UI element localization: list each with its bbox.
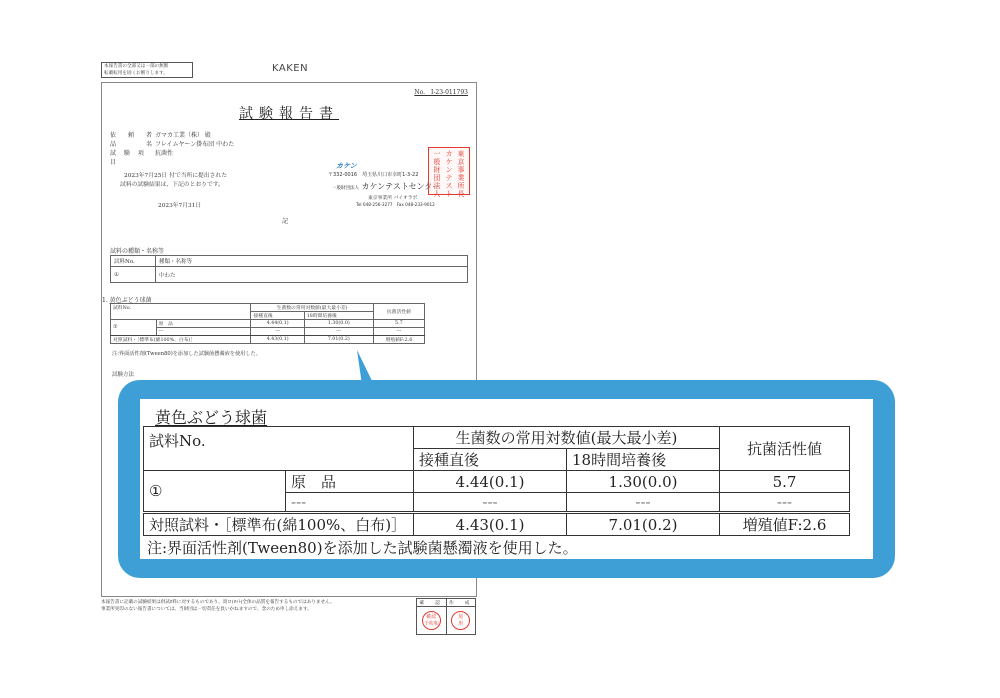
field-label: 品 名 <box>110 140 155 149</box>
seal-char: カ <box>446 150 453 158</box>
section-number: 1. <box>102 297 108 304</box>
table-cell: 中わた <box>156 267 468 283</box>
seal-char: 団 <box>434 174 441 182</box>
zoom-organism-heading: 黄色ぶどう球菌 <box>155 405 267 428</box>
header-cell: 18時間培養後 <box>304 312 373 320</box>
cell-after-18h: --- <box>567 493 720 513</box>
header-after-18h: 18時間培養後 <box>567 449 720 471</box>
table-cell: 5.7 <box>373 320 424 328</box>
approval-stamps: 確 認 作 成 確認 千吹和 尾 形 <box>416 598 476 635</box>
header-cell: 抗菌活性値 <box>373 304 424 320</box>
callout-content: 黄色ぶどう球菌 試料No. 生菌数の常用対数値(最大最小差) 抗菌活性値 接種直… <box>140 399 873 559</box>
callout-zoom-panel: 黄色ぶどう球菌 試料No. 生菌数の常用対数値(最大最小差) 抗菌活性値 接種直… <box>118 380 895 578</box>
header-immediately: 接種直後 <box>414 449 567 471</box>
lab-name-prefix: 一般財団法人 <box>332 186 359 191</box>
seal-char: 人 <box>434 190 441 198</box>
intro-line: 2023年7月25日 付で当所に提出された <box>124 172 227 181</box>
approval-header: 作 成 <box>446 599 476 607</box>
lab-logo: カケン <box>336 161 357 171</box>
table-row: ① 原 品 4.44(0.1) 1.30(0.0) 5.7 <box>144 471 850 493</box>
seal-char: ス <box>446 182 453 190</box>
seal-char: 長 <box>458 190 465 198</box>
header-cell: 試料No. <box>111 304 251 320</box>
table-cell: ① <box>111 320 157 336</box>
seal-char: 般 <box>434 158 441 166</box>
cell-control-label: 対照試料・［標準布(綿100%、白布)］ <box>144 513 414 536</box>
field-test-item: 試 験 項 目 抗菌性 <box>110 149 234 167</box>
notice-line: 転載転用を固くお断りします。 <box>104 71 190 78</box>
reproduction-notice: 本報告書の全部又は一部の無断 転載転用を固くお断りします。 <box>101 62 193 78</box>
seal-char: ト <box>446 190 453 198</box>
cell-sub: 原 品 <box>286 471 414 493</box>
header-cell: 種類・名称等 <box>156 256 468 267</box>
header-sample-no: 試料No. <box>144 427 414 471</box>
table-header-row: 試料No. 生菌数の常用対数値(最大最小差) 抗菌活性値 <box>111 304 425 312</box>
author-stamp-icon: 尾 形 <box>451 611 470 630</box>
intro-text: 2023年7月25日 付で当所に提出された 試料の試験結果は、下記のとおりです。 <box>124 172 227 190</box>
intro-line: 試料の試験結果は、下記のとおりです。 <box>120 181 227 190</box>
field-value: ガマカ工業（株） 殿 <box>155 131 211 140</box>
header-cell: 生菌数の常用対数値(最大最小差) <box>251 304 373 312</box>
cell-immediately: --- <box>414 493 567 513</box>
table-cell: --- <box>373 328 424 336</box>
seal-char: 業 <box>458 174 465 182</box>
table-cell: 7.01(0.2) <box>304 335 373 343</box>
lab-office: 東京事業所 バイオラボ <box>368 194 417 201</box>
table-header-row: 試料No. 生菌数の常用対数値(最大最小差) 抗菌活性値 <box>144 427 850 449</box>
confirm-stamp-cell: 確認 千吹和 <box>417 607 447 635</box>
cell-after-18h: 7.01(0.2) <box>567 513 720 536</box>
approval-header: 確 認 <box>417 599 447 607</box>
field-label: 依 頼 者 <box>110 131 155 140</box>
table-cell: 4.44(0.1) <box>251 320 304 328</box>
seal-char: ケ <box>446 158 453 166</box>
table-cell: --- <box>304 328 373 336</box>
report-number: No. I-23-011793 <box>414 87 468 96</box>
sample-table: 試料No. 種類・名称等 ① 中わた <box>110 255 468 283</box>
stamp-text: 千吹和 <box>424 621 439 627</box>
table-cell: 4.43(0.1) <box>251 335 304 343</box>
table-cell: 1.30(0.0) <box>304 320 373 328</box>
footer-line: 事業所実印のない報告書については、当財団は一切責任を負いかねますので、念のため申… <box>101 606 335 613</box>
stamp-text: 尾 <box>458 614 463 620</box>
header-activity: 抗菌活性値 <box>720 427 850 471</box>
field-label: 試 験 項 目 <box>110 149 155 167</box>
results-note-small: 注:界面活性剤(Tween80)を添加した試験菌懸濁液を使用した。 <box>112 350 261 357</box>
table-header-row: 試料No. 種類・名称等 <box>111 256 468 267</box>
seal-char: 財 <box>434 166 441 174</box>
test-method-heading: 試験方法 <box>112 370 134 378</box>
field-value: 抗菌性 <box>155 149 173 167</box>
issue-date: 2023年7月31日 <box>158 200 201 209</box>
seal-char: 所 <box>458 182 465 190</box>
lab-name: 一般財団法人 カケンテストセンター <box>332 181 440 192</box>
stamp-text: 確認 <box>426 614 436 620</box>
results-table-small: 試料No. 生菌数の常用対数値(最大最小差) 抗菌活性値 接種直後 18時間培養… <box>110 303 425 344</box>
table-row: --- --- --- --- <box>111 328 425 336</box>
cell-activity: 5.7 <box>720 471 850 493</box>
seal-char: 法 <box>434 182 441 190</box>
table-cell: ① <box>111 267 156 283</box>
table-row: 対照試料・［標準布(綿100%、白布)］ 4.43(0.1) 7.01(0.2)… <box>111 335 425 343</box>
cell-sample: ① <box>144 471 286 513</box>
lab-address: 〒332-0016 埼玉県川口市幸町1-3-22 <box>328 171 418 178</box>
table-row: ① 原 品 4.44(0.1) 1.30(0.0) 5.7 <box>111 320 425 328</box>
header-cell: 試料No. <box>111 256 156 267</box>
seal-char: 事 <box>458 166 465 174</box>
table-row: ① 中わた <box>111 267 468 283</box>
stamp-text: 形 <box>458 621 463 627</box>
confirm-stamp-icon: 確認 千吹和 <box>422 611 441 630</box>
ki-mark: 記 <box>282 216 288 225</box>
field-value: フレイムヤーン掛布団 中わた <box>155 140 234 149</box>
seal-char: 京 <box>458 158 465 166</box>
table-cell: 原 品 <box>156 320 251 328</box>
table-row-control: 対照試料・［標準布(綿100%、白布)］ 4.43(0.1) 7.01(0.2)… <box>144 513 850 536</box>
results-table: 試料No. 生菌数の常用対数値(最大最小差) 抗菌活性値 接種直後 18時間培養… <box>143 426 850 536</box>
sample-section-heading: 試料の種類・名称等 <box>110 246 164 255</box>
report-title: 試験報告書 <box>102 103 476 123</box>
cell-immediately: 4.43(0.1) <box>414 513 567 536</box>
seal-char: テ <box>446 174 453 182</box>
author-stamp-cell: 尾 形 <box>446 607 476 635</box>
header-cell: 接種直後 <box>251 312 304 320</box>
seal-char: ン <box>446 166 453 174</box>
footer-line: 本報告書に記載の試験結果は供試ﾛ料に対するものであり、貴ロ(ﾛｯﾄ)全体の品質を… <box>101 599 335 606</box>
table-cell: --- <box>251 328 304 336</box>
header-log-count: 生菌数の常用対数値(最大最小差) <box>414 427 720 449</box>
results-note: 注:界面活性剤(Tween80)を添加した試験菌懸濁液を使用した。 <box>147 537 578 558</box>
table-cell: --- <box>156 328 251 336</box>
lab-contact: Tel 048-256-3277 Fax 048-233-9012 <box>356 202 435 208</box>
brand-header: KAKEN <box>272 63 308 74</box>
cell-activity: --- <box>720 493 850 513</box>
official-seal-icon: 一カ東般ケ京財ン事団テ業法ス所人ト長 <box>428 147 470 195</box>
field-product: 品 名 フレイムヤーン掛布団 中わた <box>110 140 234 149</box>
field-client: 依 頼 者 ガマカ工業（株） 殿 <box>110 131 234 140</box>
seal-char: 一 <box>434 150 441 158</box>
cell-immediately: 4.44(0.1) <box>414 471 567 493</box>
seal-char: 東 <box>458 150 465 158</box>
cell-sub: --- <box>286 493 414 513</box>
cell-activity: 増殖値F:2.6 <box>720 513 850 536</box>
table-cell: 対照試料・［標準布(綿100%、白布)］ <box>111 335 251 343</box>
footer-disclaimer: 本報告書に記載の試験結果は供試ﾛ料に対するものであり、貴ロ(ﾛｯﾄ)全体の品質を… <box>101 599 335 613</box>
table-cell: 増殖値F:2.6 <box>373 335 424 343</box>
cell-after-18h: 1.30(0.0) <box>567 471 720 493</box>
report-fields: 依 頼 者 ガマカ工業（株） 殿 品 名 フレイムヤーン掛布団 中わた 試 験 … <box>110 131 234 167</box>
